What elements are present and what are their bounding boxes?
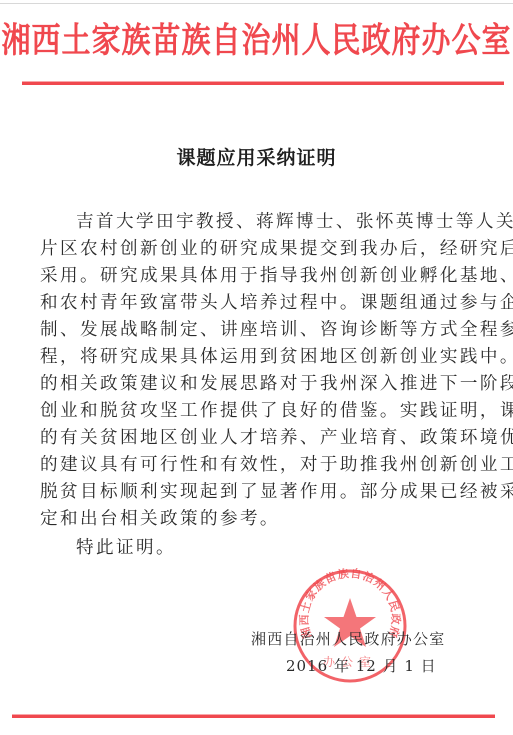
body-line: 程，将研究成果具体运用到贫困地区创新创业实践中。研究提出	[40, 344, 482, 371]
body-line: 定和出台相关政策的参考。	[40, 506, 482, 533]
letterhead-divider	[22, 82, 504, 85]
body-line: 吉首大学田宇教授、蒋辉博士、张怀英博士等人关于武陵山	[40, 209, 482, 236]
signature-issuer: 湘西自治州人民政府办公室	[251, 628, 445, 649]
page-top-edge	[0, 3, 513, 4]
closing-statement: 特此证明。	[76, 534, 176, 559]
document-body: 吉首大学田宇教授、蒋辉博士、张怀英博士等人关于武陵山 片区农村创新创业的研究成果…	[40, 209, 482, 533]
document-title: 课题应用采纳证明	[0, 143, 513, 170]
letterhead-issuer: 湘西土家族苗族自治州人民政府办公室	[0, 16, 513, 64]
body-line: 制、发展战略制定、讲座培训、咨询诊断等方式全程参与上述过	[40, 317, 482, 344]
body-line: 采用。研究成果具体用于指导我州创新创业孵化基地、创业企业	[40, 263, 482, 290]
body-line: 的有关贫困地区创业人才培养、产业培育、政策环境优化等方面	[40, 425, 482, 452]
body-line: 创业和脱贫攻坚工作提供了良好的借鉴。实践证明，课题组提出	[40, 398, 482, 425]
body-line: 脱贫目标顺利实现起到了显著作用。部分成果已经被采纳用于制	[40, 479, 482, 506]
footer-divider	[12, 715, 495, 718]
body-line: 和农村青年致富带头人培养过程中。课题组通过参与企业规划编	[40, 290, 482, 317]
issue-date: 2016 年 12 月 1 日	[286, 655, 437, 676]
body-line: 的建议具有可行性和有效性，对于助推我州创新创业工作和精准	[40, 452, 482, 479]
body-line: 的相关政策建议和发展思路对于我州深入推进下一阶段的创新	[40, 371, 482, 398]
body-line: 片区农村创新创业的研究成果提交到我办后，经研究后决定予以	[40, 236, 482, 263]
